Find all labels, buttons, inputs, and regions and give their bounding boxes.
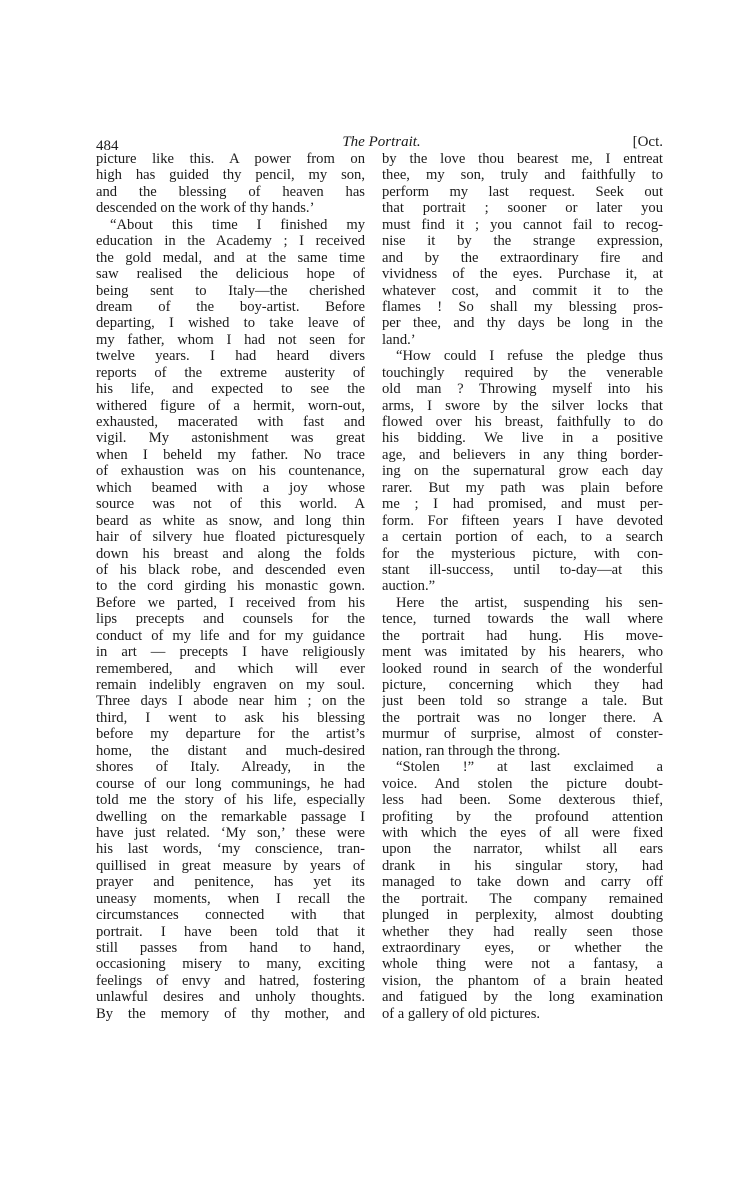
text-line: upon the narrator, whilst all ears (382, 841, 663, 857)
text-line: looked round in search of the wonderful (382, 661, 663, 677)
text-line: descended on the work of thy hands.’ (96, 200, 365, 216)
text-line: and by the extraordinary fire and (382, 250, 663, 266)
text-line: flowed over his breast, faithfully to do (382, 414, 663, 430)
text-line: the gold medal, and at the same time (96, 250, 365, 266)
text-line: that portrait ; sooner or later you (382, 200, 663, 216)
text-line: still passes from hand to hand, (96, 940, 365, 956)
text-line: nise it by the strange expression, (382, 233, 663, 249)
text-line: picture, concerning which they had (382, 677, 663, 693)
text-line: with which the eyes of all were fixed (382, 825, 663, 841)
text-line: dream of the boy-artist. Before (96, 299, 365, 315)
text-line: per thee, and thy days be long in the (382, 315, 663, 331)
text-line: departing, I wished to take leave of (96, 315, 365, 331)
text-line: old man ? Throwing myself into his (382, 381, 663, 397)
text-line: whole thing were not a fantasy, a (382, 956, 663, 972)
text-line: thee, my son, truly and faithfully to (382, 167, 663, 183)
text-line: vision, the phantom of a brain heated (382, 973, 663, 989)
text-line: remain indelibly engraven on my soul. (96, 677, 365, 693)
text-line: hair of silvery hue floated picturesquel… (96, 529, 365, 545)
text-line: nation, ran through the throng. (382, 743, 663, 759)
text-line: feelings of envy and hatred, fostering (96, 973, 365, 989)
text-line: age, and believers in any thing border- (382, 447, 663, 463)
text-line: the portrait. The company remained (382, 891, 663, 907)
text-line: saw realised the delicious hope of (96, 266, 365, 282)
text-line: the portrait had hung. His move- (382, 628, 663, 644)
text-line: me ; I had promised, and must per- (382, 496, 663, 512)
text-line: reports of the extreme austerity of (96, 365, 365, 381)
text-line: shores of Italy. Already, in the (96, 759, 365, 775)
text-line: flames ! So shall my blessing pros- (382, 299, 663, 315)
text-line: Three days I abode near him ; on the (96, 693, 365, 709)
text-line: his last words, ‘my conscience, tran- (96, 841, 365, 857)
text-line: extraordinary eyes, or whether the (382, 940, 663, 956)
text-line: dwelling on the remarkable passage I (96, 809, 365, 825)
text-line: managed to take down and carry off (382, 874, 663, 890)
text-line: have just related. ‘My son,’ these were (96, 825, 365, 841)
text-line: must find it ; you cannot fail to recog- (382, 217, 663, 233)
text-line: uneasy moments, when I recall the (96, 891, 365, 907)
text-line: plunged in perplexity, almost doubting (382, 907, 663, 923)
text-line: source was not of this world. A (96, 496, 365, 512)
text-line: my father, whom I had not seen for (96, 332, 365, 348)
text-line: less had been. Some dexterous thief, (382, 792, 663, 808)
text-line: “How could I refuse the pledge thus (382, 348, 663, 364)
text-line: stant ill-success, until to-day—at this (382, 562, 663, 578)
text-line: just been told so strange a tale. But (382, 693, 663, 709)
text-line: conduct of my life and for my guidance (96, 628, 365, 644)
text-line: to the cord girding his monastic gown. (96, 578, 365, 594)
text-line: the portrait was no longer there. A (382, 710, 663, 726)
text-line: murmur of surprise, almost of conster- (382, 726, 663, 742)
text-line: profiting by the profound attention (382, 809, 663, 825)
text-line: home, the distant and much-desired (96, 743, 365, 759)
text-line: unlawful desires and unholy thoughts. (96, 989, 365, 1005)
text-line: which beamed with a joy whose (96, 480, 365, 496)
text-line: prayer and penitence, has yet its (96, 874, 365, 890)
text-line: told me the story of his life, especiall… (96, 792, 365, 808)
text-line: perform my last request. Seek out (382, 184, 663, 200)
text-line: high has guided thy pencil, my son, (96, 167, 365, 183)
text-line: portrait. I have been told that it (96, 924, 365, 940)
text-line: “Stolen !” at last exclaimed a (382, 759, 663, 775)
text-line: and fatigued by the long examination (382, 989, 663, 1005)
text-line: tence, turned towards the wall where (382, 611, 663, 627)
text-line: of his black robe, and descended even (96, 562, 365, 578)
text-line: being sent to Italy—the cherished (96, 283, 365, 299)
text-line: education in the Academy ; I received (96, 233, 365, 249)
text-line: rarer. But my path was plain before (382, 480, 663, 496)
text-line: quillised in great measure by years of (96, 858, 365, 874)
text-line: by the love thou bearest me, I entreat (382, 151, 663, 167)
text-line: arms, I swore by the silver locks that (382, 398, 663, 414)
text-line: of exhaustion was on his countenance, (96, 463, 365, 479)
text-line: vividness of the eyes. Purchase it, at (382, 266, 663, 282)
text-line: ment was imitated by his hearers, who (382, 644, 663, 660)
text-line: twelve years. I had heard divers (96, 348, 365, 364)
text-line: “About this time I finished my (96, 217, 365, 233)
text-line: his bidding. We live in a positive (382, 430, 663, 446)
text-line: Here the artist, suspending his sen- (382, 595, 663, 611)
text-line: exhausted, macerated with fast and (96, 414, 365, 430)
text-line: drank in his singular story, had (382, 858, 663, 874)
text-line: before my departure for the artist’s (96, 726, 365, 742)
text-line: occasioning misery to many, exciting (96, 956, 365, 972)
text-line: a certain portion of each, to a search (382, 529, 663, 545)
text-line: form. For fifteen years I have devoted (382, 513, 663, 529)
month-mark: [Oct. (633, 132, 663, 152)
text-line: Before we parted, I received from his (96, 595, 365, 611)
text-line: course of our long communings, he had (96, 776, 365, 792)
text-line: his life, and expected to see the (96, 381, 365, 397)
left-text-column: picture like this. A power from onhigh h… (96, 151, 365, 1022)
text-line: beard as white as snow, and long thin (96, 513, 365, 529)
text-line: vigil. My astonishment was great (96, 430, 365, 446)
text-line: third, I went to ask his blessing (96, 710, 365, 726)
running-title: The Portrait. (96, 132, 663, 152)
book-page: 484 The Portrait. [Oct. picture like thi… (0, 0, 750, 1179)
text-line: and the blessing of heaven has (96, 184, 365, 200)
text-line: circumstances connected with that (96, 907, 365, 923)
right-text-column: by the love thou bearest me, I entreatth… (382, 151, 663, 1022)
text-line: withered figure of a hermit, worn-out, (96, 398, 365, 414)
text-line: whatever cost, and commit it to the (382, 283, 663, 299)
text-line: touchingly required by the venerable (382, 365, 663, 381)
text-line: voice. And stolen the picture doubt- (382, 776, 663, 792)
text-line: land.’ (382, 332, 663, 348)
text-line: By the memory of thy mother, and (96, 1006, 365, 1022)
text-line: down his breast and along the folds (96, 546, 365, 562)
text-line: picture like this. A power from on (96, 151, 365, 167)
text-line: auction.” (382, 578, 663, 594)
text-line: of a gallery of old pictures. (382, 1006, 663, 1022)
text-line: lips precepts and counsels for the (96, 611, 365, 627)
text-line: remembered, and which will ever (96, 661, 365, 677)
running-head: 484 The Portrait. [Oct. (96, 132, 663, 152)
text-line: in art — precepts I have religiously (96, 644, 365, 660)
text-line: for the mysterious picture, with con- (382, 546, 663, 562)
text-line: whether they had really seen those (382, 924, 663, 940)
text-line: ing on the supernatural grow each day (382, 463, 663, 479)
text-line: when I beheld my father. No trace (96, 447, 365, 463)
